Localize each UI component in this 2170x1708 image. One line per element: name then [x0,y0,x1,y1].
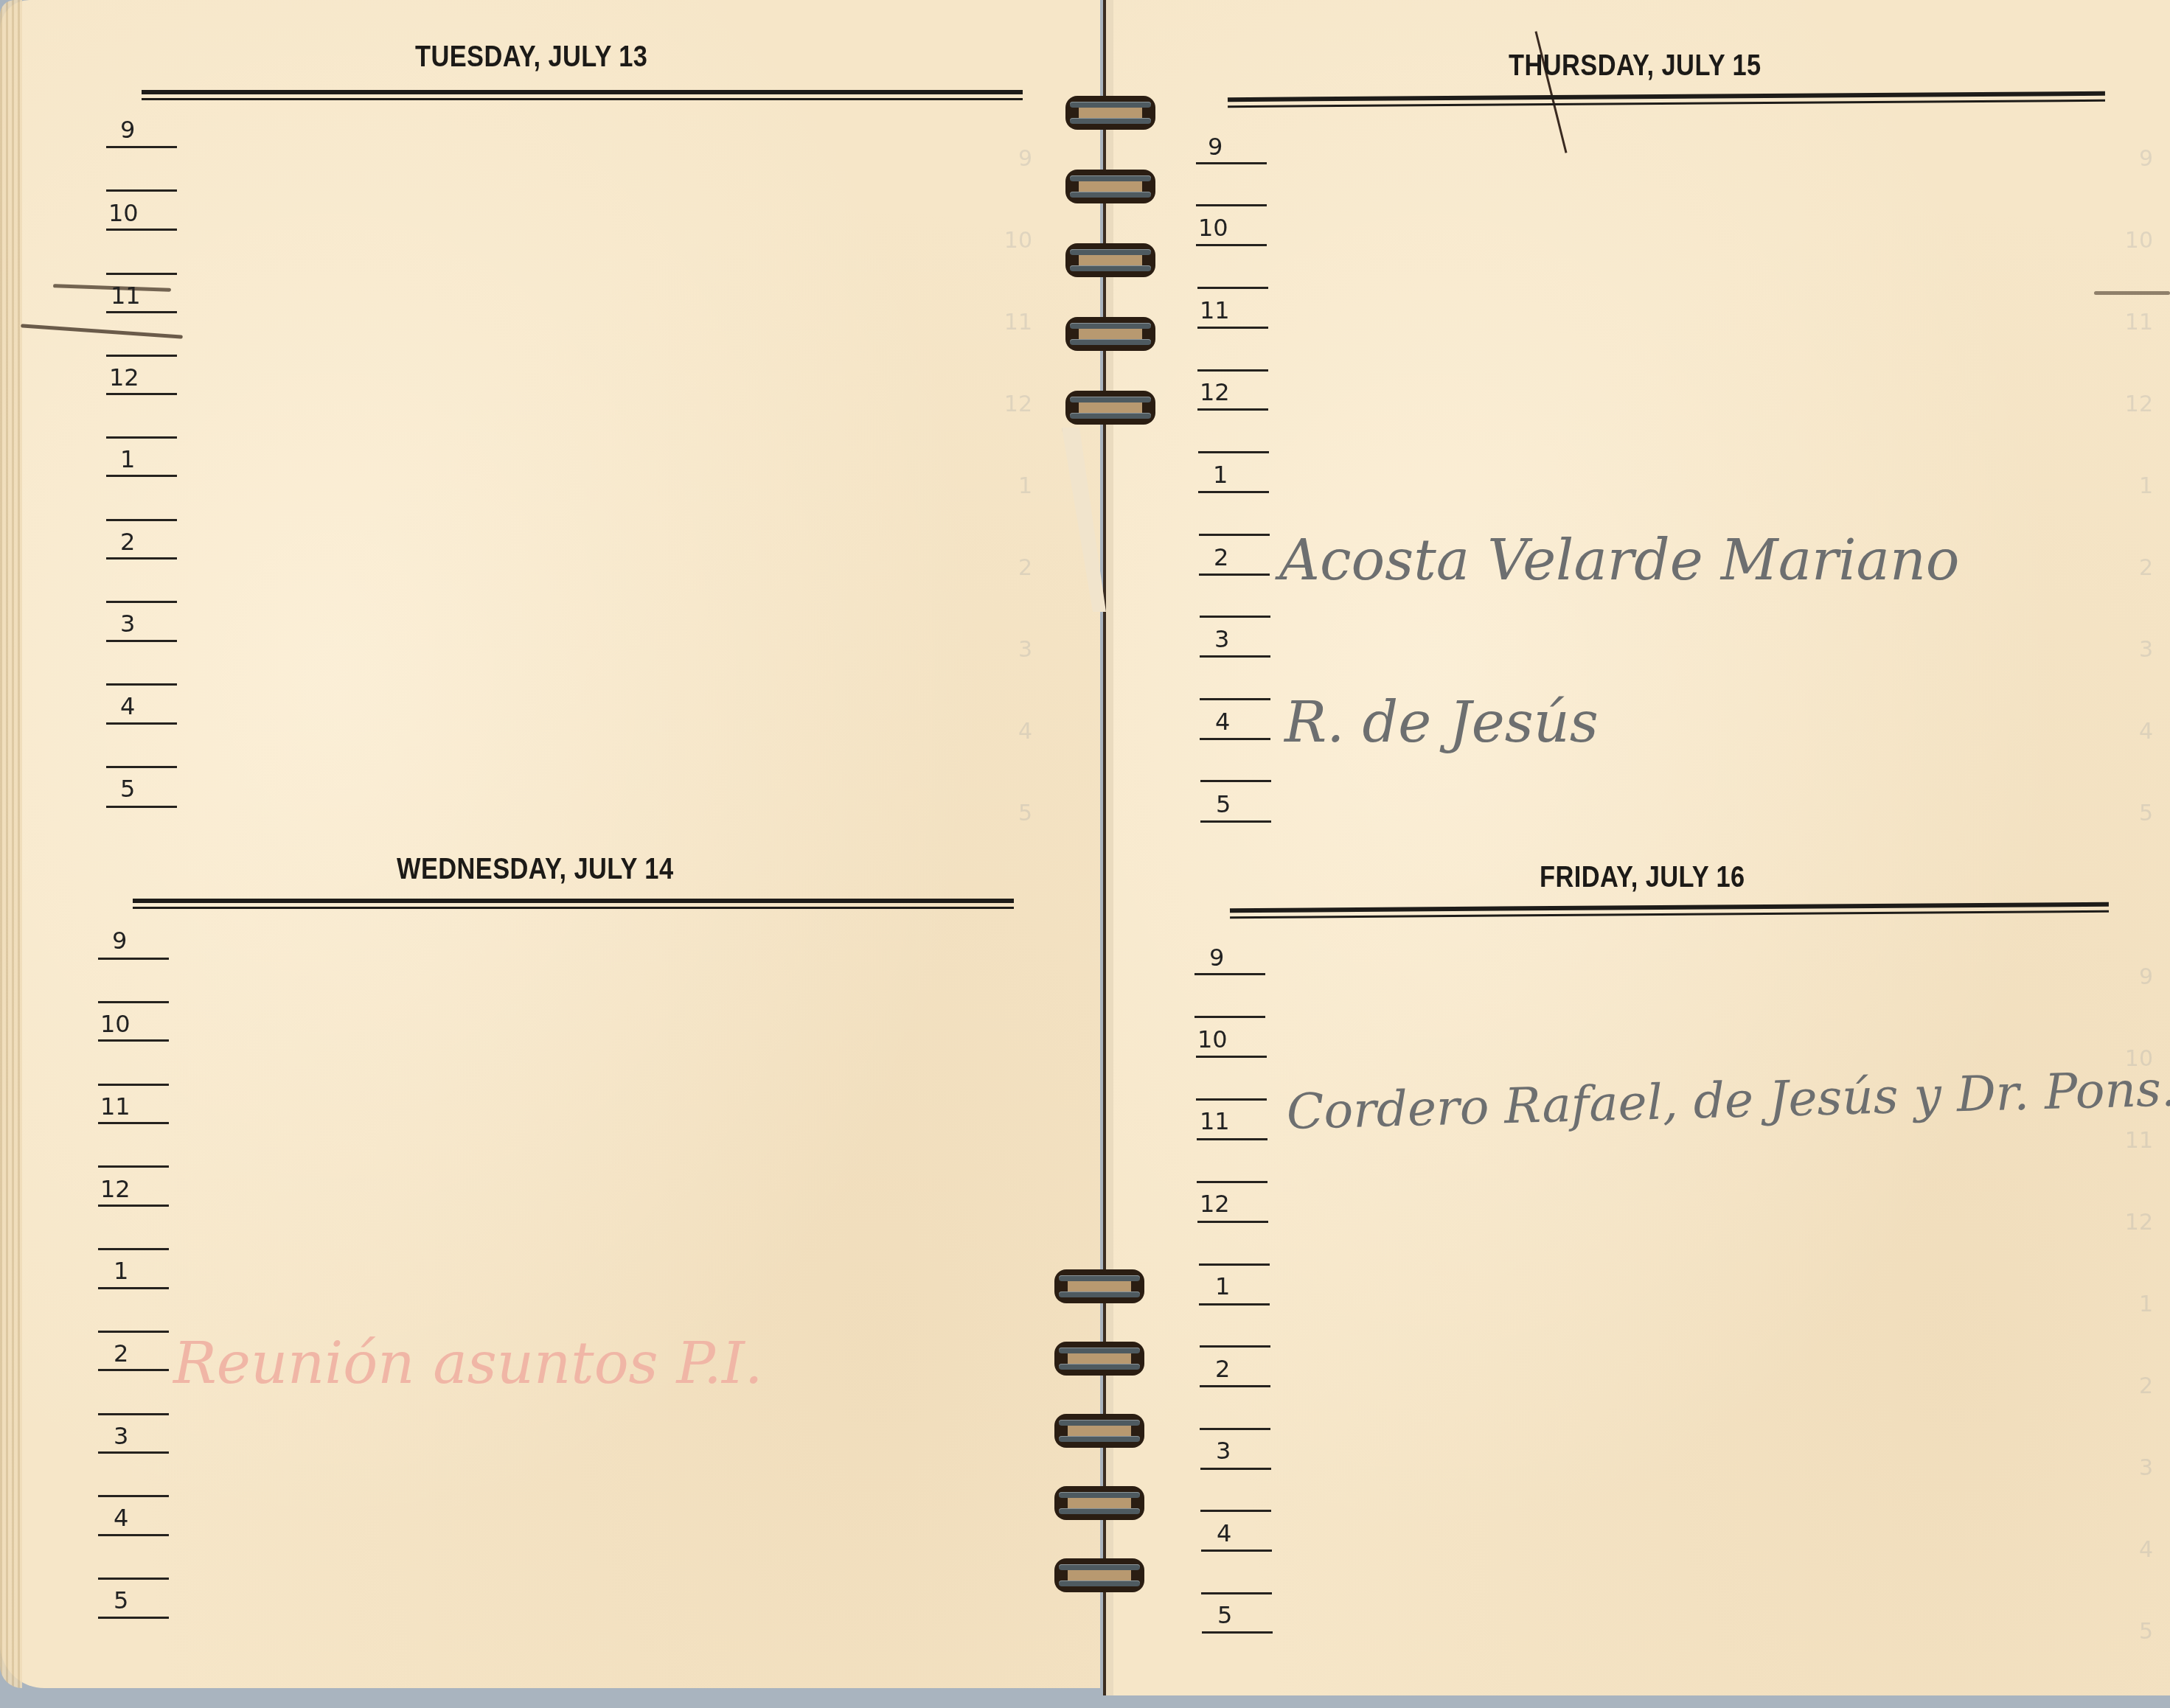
left-page: TUESDAY, JULY 13 9 10 11 12 1 2 3 4 5 WE… [0,0,1100,1688]
hour-line [106,640,177,642]
ink-stain [2094,291,2170,295]
spiral-ring [1065,317,1155,351]
hour-label: 5 [1217,1601,1291,1629]
hour-label: 4 [1217,1519,1290,1547]
hour-line [1196,162,1267,164]
hour-label: 9 [120,116,194,144]
hour-label: 1 [1213,461,1287,489]
hour-line [98,958,169,960]
hour-line [1196,244,1267,246]
hour-label: 11 [111,282,184,310]
hour-label: 3 [120,610,194,638]
spiral-ring [1054,1342,1144,1376]
hour-line [1201,1550,1272,1552]
hour-separator [1200,698,1270,700]
spiral-ring [1054,1486,1144,1520]
hour-label: 12 [100,1175,174,1203]
handwritten-entry-thursday-2pm: Acosta Velarde Mariano [1279,527,1960,593]
hour-label: 9 [1209,944,1283,972]
ink-stain [21,324,183,338]
spiral-ring [1054,1414,1144,1448]
hour-label: 5 [1216,790,1290,818]
hour-line [1194,973,1265,975]
hour-separator [98,1331,169,1333]
hour-separator [98,1495,169,1497]
hour-separator [106,189,177,192]
hour-label: 2 [1214,543,1287,571]
hour-separator [106,766,177,768]
hour-label: 3 [114,1422,187,1450]
hour-line [106,557,177,560]
hour-separator [98,1578,169,1580]
hour-line [98,1287,169,1289]
hour-separator [1200,616,1270,618]
handwritten-entry-wednesday-2pm: Reunión asuntos P.I. [173,1331,763,1397]
hour-line [98,1122,169,1124]
hour-separator [98,1001,169,1003]
header-rule [142,90,1023,102]
right-page: THURSDAY, JULY 15 9 10 11 12 1 2 3 4 5 A… [1113,0,2170,1695]
header-rule [1230,902,2109,920]
hour-separator [1200,1428,1270,1430]
hour-label: 12 [109,363,183,391]
hour-label: 2 [1215,1355,1289,1383]
hour-label: 9 [1208,133,1282,161]
hour-separator [1197,369,1268,372]
hour-label: 12 [1200,378,1273,406]
spiral-ring [1065,243,1155,277]
hour-line [106,475,177,477]
hour-line [1197,327,1268,329]
hour-separator [1197,287,1268,289]
hour-line [1200,1385,1270,1387]
hour-line [106,393,177,395]
hour-separator [1194,1016,1265,1018]
hour-line [1197,1221,1268,1223]
bleed-through-hours: 910111212345 [2109,118,2153,854]
hour-label: 1 [120,445,194,473]
hour-separator [1198,451,1269,453]
hour-separator [1200,780,1271,782]
bleed-through-hours: 910111212345 [988,118,1032,854]
hour-separator [106,601,177,603]
hour-separator [106,273,177,275]
hour-label: 1 [1215,1272,1289,1300]
hour-line [1199,1303,1270,1306]
hour-separator [106,683,177,686]
spiral-ring [1054,1269,1144,1303]
hour-line [1196,1056,1267,1058]
hour-line [1197,408,1268,411]
day-title-friday: FRIDAY, JULY 16 [1540,861,1745,894]
hour-label: 10 [108,199,182,227]
spiral-ring [1065,96,1155,130]
handwritten-entry-friday-11am: Cordero Rafael, de Jesús y Dr. Pons. [1286,1060,2170,1140]
hour-line [106,146,177,148]
hour-line [1200,655,1270,658]
hour-separator [98,1413,169,1415]
hour-line [1200,820,1271,823]
hour-separator [1201,1592,1272,1594]
hour-line [98,1617,169,1619]
day-title-wednesday: WEDNESDAY, JULY 14 [397,853,673,886]
hour-label: 11 [100,1092,174,1120]
hour-separator [98,1248,169,1250]
hour-separator [98,1084,169,1086]
hour-line [98,1039,169,1042]
day-title-tuesday: TUESDAY, JULY 13 [415,41,647,74]
hour-line [106,722,177,725]
hour-separator [106,519,177,521]
hour-separator [1196,1098,1267,1101]
spiral-ring [1065,391,1155,425]
header-rule [1228,91,2105,109]
hour-separator [106,436,177,439]
hour-label: 4 [114,1504,187,1532]
hour-separator [1197,1181,1267,1183]
hour-separator [1196,204,1267,206]
hour-separator [1199,1263,1270,1266]
hour-separator [1199,534,1270,536]
header-rule [133,899,1014,910]
hour-line [98,1534,169,1536]
hour-label: 12 [1200,1190,1273,1218]
hour-separator [1200,1510,1271,1512]
day-title-thursday: THURSDAY, JULY 15 [1509,49,1762,83]
hour-label: 10 [1197,1025,1271,1053]
hour-line [1197,1138,1267,1140]
hour-label: 4 [120,692,194,720]
hour-line [98,1205,169,1207]
hour-label: 5 [114,1586,187,1614]
hour-separator [1200,1345,1270,1348]
hour-line [106,229,177,231]
hour-line [1202,1631,1273,1634]
hour-label: 4 [1215,708,1289,736]
hour-line [106,806,177,808]
hour-line [106,311,177,313]
hour-separator [106,355,177,357]
hour-line [98,1451,169,1454]
hour-label: 5 [120,775,194,803]
handwritten-entry-thursday-4pm: R. de Jesús [1284,689,1599,755]
bleed-through-hours: 910111212345 [2109,936,2153,1673]
hour-line [1198,491,1269,493]
hour-label: 11 [1200,1107,1273,1135]
hour-label: 10 [1198,214,1272,242]
hour-line [1200,738,1270,740]
hour-label: 2 [120,528,194,556]
hour-label: 1 [114,1257,187,1285]
hour-label: 3 [1214,625,1288,653]
hour-label: 9 [112,927,186,955]
hour-label: 11 [1200,296,1273,324]
hour-label: 3 [1216,1437,1290,1465]
spiral-ring [1054,1558,1144,1592]
hour-label: 10 [100,1010,174,1038]
spiral-ring [1065,170,1155,203]
hour-line [1199,574,1270,576]
hour-separator [98,1165,169,1168]
hour-line [98,1369,169,1371]
hour-line [1200,1468,1271,1470]
